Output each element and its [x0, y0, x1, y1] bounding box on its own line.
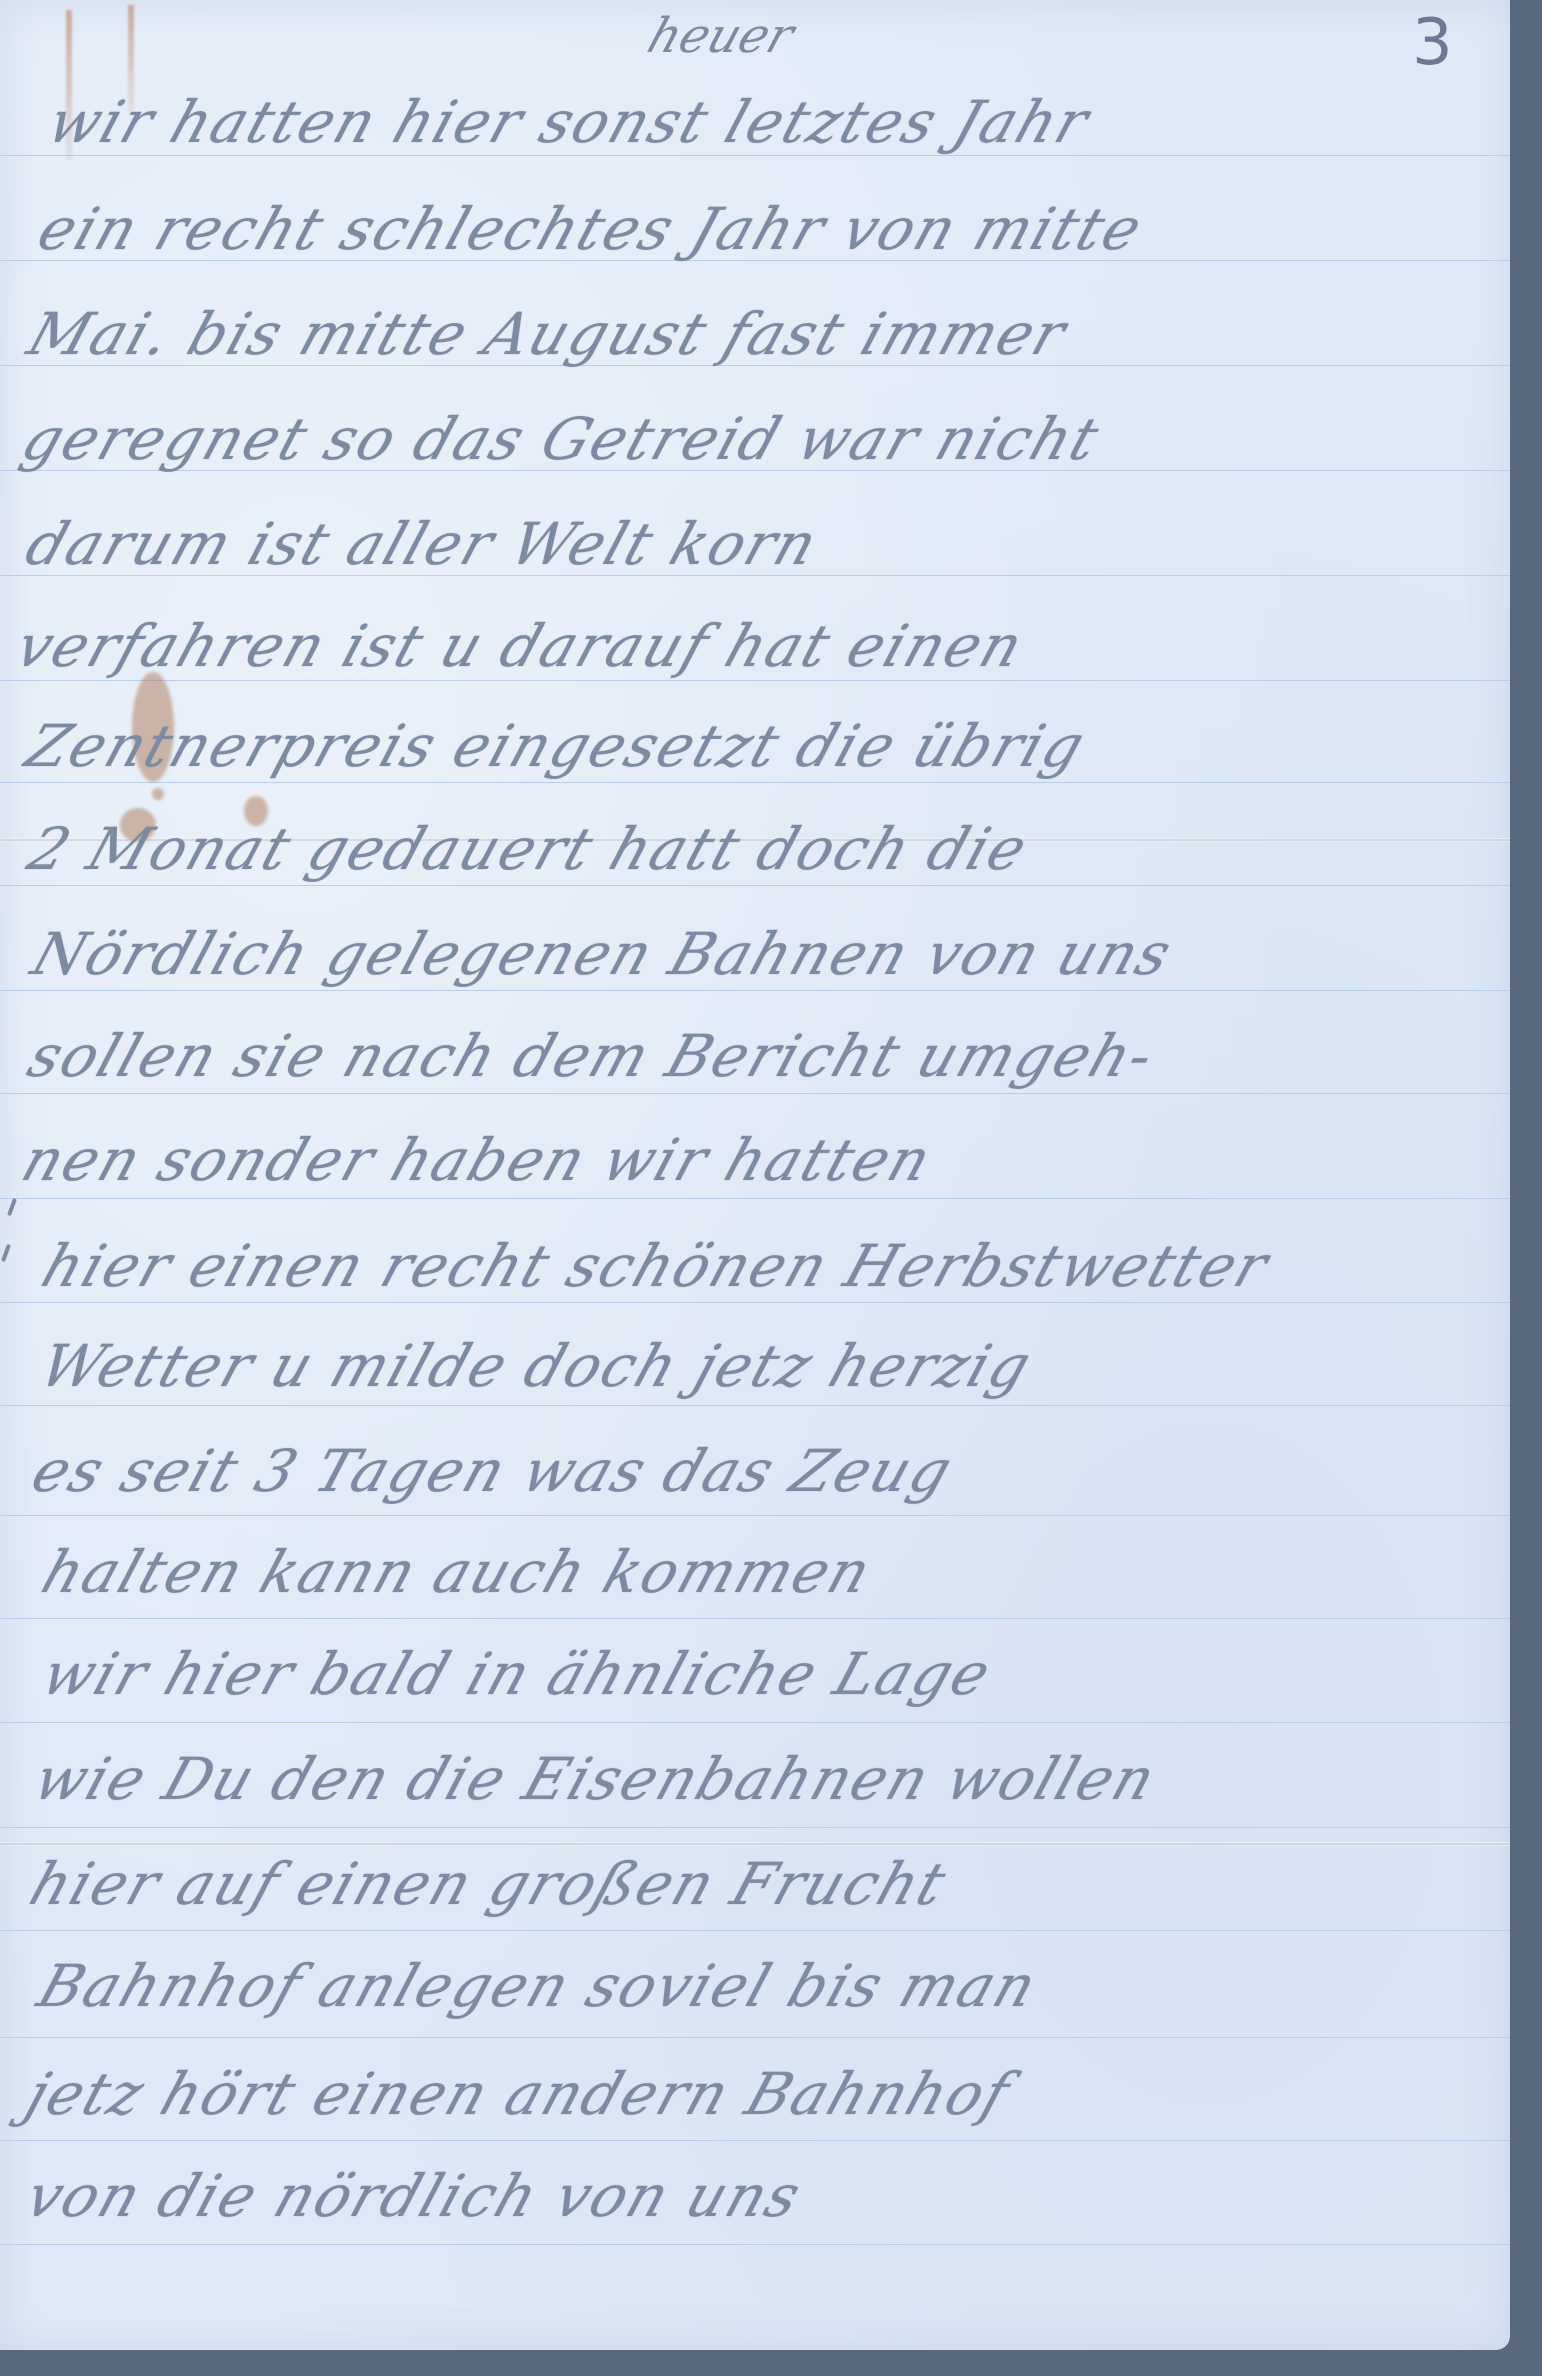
handwritten-line: wir hier bald in ähnliche Lage	[34, 1640, 1001, 1708]
handwritten-line: jetz hört einen andern Bahnhof	[18, 2060, 1019, 2128]
ruled-line	[0, 885, 1510, 886]
handwritten-line: es seit 3 Tagen was das Zeug	[24, 1437, 962, 1505]
ruled-line	[0, 990, 1510, 991]
letter-page: 3 heuer wir hatten hier sonst letztes Ja…	[0, 0, 1510, 2350]
ruled-line	[0, 1302, 1510, 1303]
ruled-line	[0, 1722, 1510, 1723]
handwritten-line: halten kann auch kommen	[34, 1538, 881, 1606]
handwritten-line: ein recht schlechtes Jahr von mitte	[30, 195, 1152, 263]
ruled-line	[0, 1093, 1510, 1094]
handwritten-line: Wetter u milde doch jetz herzig	[32, 1332, 1041, 1400]
handwritten-line: wie Du den die Eisenbahnen wollen	[26, 1745, 1165, 1813]
handwritten-line: Bahnhof anlegen soviel bis man	[30, 1952, 1046, 2020]
page-number: 3	[1412, 6, 1453, 80]
ruled-line	[0, 680, 1510, 681]
handwritten-line: Nördlich gelegenen Bahnen von uns	[24, 920, 1181, 988]
handwritten-line: 2 Monat gedauert hatt doch die	[20, 815, 1037, 883]
handwritten-line: Zentnerpreis eingesetzt die übrig	[18, 712, 1094, 780]
ruled-line	[0, 1198, 1510, 1199]
ruled-line	[0, 1515, 1510, 1516]
inserted-word: heuer	[641, 8, 801, 64]
handwritten-line: sollen sie nach dem Bericht umgeh-	[20, 1022, 1164, 1090]
handwritten-line: nen sonder haben wir hatten	[14, 1126, 941, 1194]
fold-crease	[0, 1842, 1510, 1846]
ruled-line	[0, 1618, 1510, 1619]
ruled-line	[0, 1827, 1510, 1828]
ruled-line	[0, 2140, 1510, 2141]
ruled-line	[0, 1930, 1510, 1931]
ruled-line	[0, 782, 1510, 783]
margin-mark	[1, 1244, 11, 1262]
handwritten-line: geregnet so das Getreid war nicht	[14, 405, 1109, 473]
ruled-line	[0, 1405, 1510, 1406]
handwritten-line: von die nördlich von uns	[18, 2162, 810, 2230]
handwritten-line: Mai. bis mitte August fast immer	[20, 300, 1076, 368]
margin-mark	[7, 1198, 17, 1216]
handwritten-line: verfahren ist u darauf hat einen	[8, 612, 1033, 680]
handwritten-line: hier einen recht schönen Herbstwetter	[34, 1232, 1278, 1300]
ruled-line	[0, 2037, 1510, 2038]
rust-stain	[152, 788, 164, 800]
handwritten-line: darum ist aller Welt korn	[18, 510, 827, 578]
handwritten-line: wir hatten hier sonst letztes Jahr	[40, 88, 1099, 156]
handwritten-line: hier auf einen großen Frucht	[22, 1850, 956, 1918]
ruled-line	[0, 2244, 1510, 2245]
